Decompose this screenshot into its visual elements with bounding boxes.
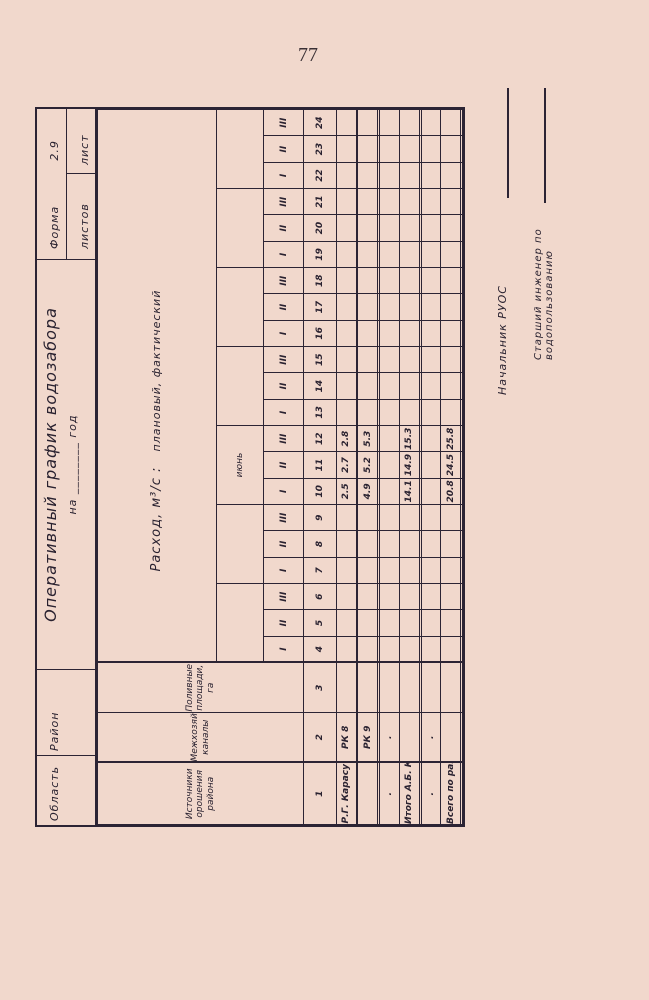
- month-cell: [217, 584, 264, 663]
- table-cell: [463, 636, 465, 662]
- table-cell: [421, 452, 441, 478]
- table-cell: [421, 557, 441, 583]
- table-cell: 2.7: [336, 452, 356, 478]
- table-cell: [399, 294, 419, 320]
- table-cell: [399, 215, 419, 241]
- table-cell: 14.1: [399, 478, 419, 504]
- table-cell: [379, 505, 399, 531]
- table-cell: [336, 320, 356, 346]
- table-cell: [441, 399, 461, 425]
- table-cell: [399, 347, 419, 373]
- col-num: 15: [304, 347, 337, 373]
- signature-line-chief: [507, 88, 509, 198]
- table-cell: 2.5: [336, 478, 356, 504]
- decade: II: [264, 136, 304, 162]
- table-cell: [336, 136, 356, 162]
- table-cell: [358, 610, 378, 636]
- table-cell: [336, 557, 356, 583]
- decade: III: [264, 189, 304, 215]
- table-row: ..: [421, 110, 441, 825]
- table-cell: 2.8: [336, 426, 356, 452]
- table-cell: [399, 584, 419, 610]
- table-cell: [336, 505, 356, 531]
- table-cell: [379, 426, 399, 452]
- table-cell: [421, 478, 441, 504]
- table-cell: [379, 399, 399, 425]
- decade: II: [264, 215, 304, 241]
- table-cell: [358, 584, 378, 610]
- table-cell: [463, 531, 465, 557]
- table-cell: [463, 505, 465, 531]
- table-cell: [379, 610, 399, 636]
- table-cell: [358, 215, 378, 241]
- water-intake-form: Область Район Оперативный график водозаб…: [35, 107, 465, 827]
- table-cell: [441, 268, 461, 294]
- table-cell: 5.2: [358, 452, 378, 478]
- column-number-row: 1 2 3 4 5 6 7 8 9 10 11 12 13 14 15 16 1: [304, 110, 337, 825]
- col-num: 8: [304, 531, 337, 557]
- table-cell: [421, 268, 441, 294]
- table-cell: [379, 584, 399, 610]
- form-title: Оперативный график водозабора: [41, 260, 60, 669]
- rayon-cell: Район: [37, 669, 95, 755]
- table-cell: [379, 294, 399, 320]
- table-cell: [336, 268, 356, 294]
- table-cell: [379, 663, 399, 713]
- table-cell: [358, 505, 378, 531]
- table-cell: [399, 268, 419, 294]
- table-cell: 25.8: [441, 426, 461, 452]
- table-cell: [379, 162, 399, 188]
- table-cell: РК 9: [358, 713, 378, 763]
- flow-title: Расход, м³/с :: [149, 467, 164, 572]
- table-cell: [336, 294, 356, 320]
- table-cell: [336, 399, 356, 425]
- sheet-label: лист: [78, 134, 91, 165]
- decade: III: [264, 268, 304, 294]
- table-row: Р.Г. КарасуРК 82.52.72.8: [336, 110, 356, 825]
- form-label: Форма: [48, 206, 61, 249]
- table-cell: [379, 373, 399, 399]
- col-num: 16: [304, 320, 337, 346]
- table-cell: [399, 189, 419, 215]
- schedule-grid: Источники орошения района Межхозяйственн…: [97, 109, 465, 825]
- table-row: РК 94.95.25.3: [358, 110, 378, 825]
- table-cell: [336, 347, 356, 373]
- decade: I: [264, 320, 304, 346]
- table-cell: [421, 294, 441, 320]
- col-num: 22: [304, 162, 337, 188]
- decade: I: [264, 636, 304, 662]
- table-cell: [421, 636, 441, 662]
- table-cell: [441, 610, 461, 636]
- col-num: 4: [304, 636, 337, 662]
- table-cell: [463, 162, 465, 188]
- header-canals: Межхозяйственные каналы: [98, 713, 304, 763]
- table-cell: [441, 320, 461, 346]
- col-num: 18: [304, 268, 337, 294]
- header-row-1: Источники орошения района Межхозяйственн…: [98, 110, 217, 825]
- year-line: на ________ год: [66, 260, 79, 669]
- table-cell: .: [379, 763, 399, 825]
- table-cell: [379, 478, 399, 504]
- table-cell: [441, 347, 461, 373]
- table-cell: [441, 531, 461, 557]
- month-june: июнь: [217, 426, 264, 505]
- table-cell: [441, 557, 461, 583]
- table-cell: [441, 713, 461, 763]
- table-cell: [463, 478, 465, 504]
- table-cell: [463, 452, 465, 478]
- table-cell: [441, 636, 461, 662]
- form-number: 2.9: [48, 140, 61, 161]
- table-cell: [421, 663, 441, 713]
- table-cell: [463, 557, 465, 583]
- table-cell: [421, 215, 441, 241]
- col-num: 1: [304, 763, 337, 825]
- table-cell: [441, 215, 461, 241]
- table-cell: [358, 294, 378, 320]
- table-cell: [441, 162, 461, 188]
- table-cell: 24.5: [441, 452, 461, 478]
- table-row: Всего по району20.824.525.8: [441, 110, 461, 825]
- col-num: 6: [304, 584, 337, 610]
- table-cell: Всего по району: [441, 763, 461, 825]
- decade: II: [264, 610, 304, 636]
- table-cell: [379, 347, 399, 373]
- table-cell: [421, 110, 441, 136]
- table-cell: 15.3: [399, 426, 419, 452]
- col-num: 5: [304, 610, 337, 636]
- month-cell: [217, 189, 264, 268]
- table-cell: [399, 663, 419, 713]
- table-cell: [358, 531, 378, 557]
- table-cell: [463, 110, 465, 136]
- table-cell: [399, 110, 419, 136]
- header-areas: Поливные площади, га: [98, 663, 304, 713]
- table-cell: [399, 136, 419, 162]
- table-cell: [463, 713, 465, 763]
- table-cell: [441, 189, 461, 215]
- table-cell: [358, 663, 378, 713]
- table-cell: [379, 136, 399, 162]
- table-cell: [463, 136, 465, 162]
- decade: III: [264, 347, 304, 373]
- table-cell: [441, 373, 461, 399]
- col-num: 23: [304, 136, 337, 162]
- decade: I: [264, 478, 304, 504]
- table-cell: [399, 505, 419, 531]
- table-cell: [358, 136, 378, 162]
- table-cell: [463, 347, 465, 373]
- table-cell: [399, 399, 419, 425]
- table-cell: [379, 215, 399, 241]
- table-cell: [441, 505, 461, 531]
- table-cell: [399, 557, 419, 583]
- table-cell: [379, 110, 399, 136]
- signature-engineer-label: Старший инженер по водопользованию: [533, 210, 555, 360]
- col-num: 20: [304, 215, 337, 241]
- table-row: ..: [379, 110, 399, 825]
- decade: II: [264, 452, 304, 478]
- decade: III: [264, 584, 304, 610]
- table-cell: [441, 241, 461, 267]
- table-cell: [358, 110, 378, 136]
- flow-types: плановый, фактический: [150, 290, 163, 452]
- table-cell: [399, 713, 419, 763]
- table-cell: Итого А.Б. Карасу: [399, 763, 419, 825]
- table-cell: [441, 584, 461, 610]
- table-cell: [441, 294, 461, 320]
- table-cell: 20.8: [441, 478, 461, 504]
- table-cell: 5.3: [358, 426, 378, 452]
- table-cell: [421, 531, 441, 557]
- oblast-label: Область: [48, 766, 61, 821]
- sheets-cell: листов: [67, 173, 95, 259]
- header-sources: Источники орошения района: [98, 763, 304, 825]
- table-cell: [358, 162, 378, 188]
- table-row: [463, 110, 465, 825]
- table-cell: [421, 136, 441, 162]
- header-flow: Расход, м³/с : плановый, фактический: [98, 110, 217, 663]
- decade: I: [264, 399, 304, 425]
- table-cell: [358, 268, 378, 294]
- table-cell: [463, 294, 465, 320]
- table-cell: [379, 636, 399, 662]
- col-num: 17: [304, 294, 337, 320]
- table-cell: [358, 763, 378, 825]
- table-cell: [421, 241, 441, 267]
- table-cell: [358, 636, 378, 662]
- table-cell: [463, 320, 465, 346]
- table-cell: [379, 320, 399, 346]
- table-cell: [441, 663, 461, 713]
- table-cell: [379, 452, 399, 478]
- table-cell: [421, 584, 441, 610]
- table-cell: [463, 373, 465, 399]
- table-row: Итого А.Б. Карасу14.114.915.3: [399, 110, 419, 825]
- month-cell: [217, 505, 264, 584]
- table-cell: .: [421, 713, 441, 763]
- table-cell: 4.9: [358, 478, 378, 504]
- form-rotated: Область Район Оперативный график водозаб…: [35, 107, 465, 827]
- table-cell: [421, 162, 441, 188]
- decade: II: [264, 531, 304, 557]
- table-cell: [399, 610, 419, 636]
- table-cell: [379, 268, 399, 294]
- table-cell: [358, 241, 378, 267]
- table-cell: [463, 663, 465, 713]
- col-num: 14: [304, 373, 337, 399]
- table-cell: [336, 531, 356, 557]
- decade: II: [264, 294, 304, 320]
- table-cell: [379, 189, 399, 215]
- decade: I: [264, 557, 304, 583]
- table-cell: [379, 241, 399, 267]
- table-cell: [421, 347, 441, 373]
- sheet-cell: лист: [67, 109, 95, 173]
- month-cell: [217, 110, 264, 189]
- table-cell: [399, 320, 419, 346]
- col-num: 9: [304, 505, 337, 531]
- table-cell: [421, 189, 441, 215]
- table-cell: [463, 241, 465, 267]
- table-cell: [421, 426, 441, 452]
- page-number: 77: [298, 44, 318, 67]
- decade: I: [264, 162, 304, 188]
- table-cell: [463, 426, 465, 452]
- table-cell: [463, 215, 465, 241]
- table-cell: .: [379, 713, 399, 763]
- decade: III: [264, 505, 304, 531]
- table-cell: [421, 399, 441, 425]
- table-cell: [358, 373, 378, 399]
- table-cell: [336, 189, 356, 215]
- table-cell: [463, 584, 465, 610]
- table-cell: [463, 399, 465, 425]
- table-cell: [463, 189, 465, 215]
- table-cell: [358, 399, 378, 425]
- col-num: 19: [304, 241, 337, 267]
- table-cell: [336, 584, 356, 610]
- title-cell: Оперативный график водозабора на _______…: [37, 259, 95, 669]
- table-cell: [421, 505, 441, 531]
- table-cell: [336, 215, 356, 241]
- signature-line-engineer: [544, 88, 546, 203]
- table-cell: [336, 110, 356, 136]
- col-num: 12: [304, 426, 337, 452]
- table-cell: [463, 268, 465, 294]
- rayon-label: Район: [48, 712, 61, 751]
- table-cell: [399, 162, 419, 188]
- table-cell: [358, 347, 378, 373]
- table-cell: [358, 557, 378, 583]
- table-cell: [336, 636, 356, 662]
- decade: III: [264, 426, 304, 452]
- table-cell: [399, 531, 419, 557]
- month-cell: [217, 347, 264, 426]
- table-cell: [441, 110, 461, 136]
- table-cell: [421, 373, 441, 399]
- table-cell: [441, 136, 461, 162]
- table-cell: [463, 610, 465, 636]
- decade: III: [264, 110, 304, 136]
- form-title-row: Область Район Оперативный график водозаб…: [37, 109, 97, 825]
- table-cell: [421, 610, 441, 636]
- sheets-label: листов: [78, 203, 91, 249]
- table-cell: [399, 373, 419, 399]
- schedule-table: Источники орошения района Межхозяйственн…: [97, 109, 465, 825]
- col-num: 21: [304, 189, 337, 215]
- col-num: 7: [304, 557, 337, 583]
- decade: II: [264, 373, 304, 399]
- col-num: 13: [304, 399, 337, 425]
- table-cell: [421, 320, 441, 346]
- col-num: 10: [304, 478, 337, 504]
- table-cell: [336, 162, 356, 188]
- table-cell: 14.9: [399, 452, 419, 478]
- table-cell: [379, 531, 399, 557]
- table-cell: Р.Г. Карасу: [336, 763, 356, 825]
- col-num: 24: [304, 110, 337, 136]
- col-num: 2: [304, 713, 337, 763]
- month-cell: [217, 268, 264, 347]
- table-cell: .: [421, 763, 441, 825]
- table-cell: [336, 663, 356, 713]
- table-cell: [358, 189, 378, 215]
- oblast-cell: Область: [37, 755, 95, 825]
- table-cell: [336, 241, 356, 267]
- form-number-cell: Форма 2.9: [37, 109, 67, 259]
- table-cell: [336, 610, 356, 636]
- table-cell: [336, 373, 356, 399]
- table-cell: [358, 320, 378, 346]
- signature-chief-label: Начальник РУОС: [496, 285, 509, 395]
- table-cell: [463, 763, 465, 825]
- table-cell: [399, 241, 419, 267]
- table-cell: [379, 557, 399, 583]
- decade: I: [264, 241, 304, 267]
- table-cell: РК 8: [336, 713, 356, 763]
- col-num: 3: [304, 663, 337, 713]
- col-num: 11: [304, 452, 337, 478]
- table-cell: [399, 636, 419, 662]
